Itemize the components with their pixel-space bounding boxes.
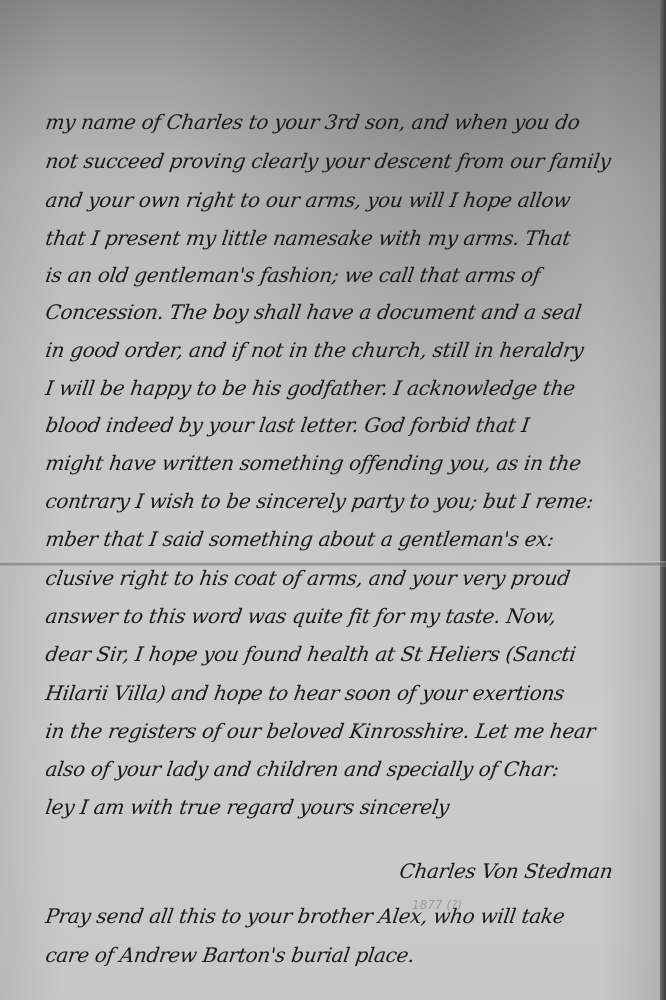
letter-line-6: Concession. The boy shall have a documen… [44,300,583,324]
signature: Charles Von Stedman [398,859,614,883]
letter-line-19: ley I am with true regard yours sincerel… [44,795,451,819]
letter-page: my name of Charles to your 3rd son, and … [0,0,666,1000]
letter-line-12: mber that I said something about a gentl… [44,527,555,551]
letter-line-14: answer to this word was quite fit for my… [44,604,558,628]
postscript-line-1: Pray send all this to your brother Alex,… [44,904,566,928]
letter-line-18: also of your lady and children and speci… [44,757,560,781]
postscript-line-2: care of Andrew Barton's burial place. [44,943,416,967]
letter-line-1: my name of Charles to your 3rd son, and … [44,110,581,134]
letter-line-13: clusive right to his coat of arms, and y… [44,566,572,590]
letter-line-17: in the registers of our beloved Kinrossh… [44,719,597,743]
page-edge [660,0,666,1000]
letter-line-4: that I present my little namesake with m… [44,226,572,250]
letter-line-11: contrary I wish to be sincerely party to… [44,489,595,513]
letter-line-3: and your own right to our arms, you will… [44,188,572,212]
letter-line-7: in good order, and if not in the church,… [44,338,585,362]
letter-line-8: I will be happy to be his godfather. I a… [44,376,577,400]
letter-line-9: blood indeed by your last letter. God fo… [44,413,531,437]
letter-line-5: is an old gentleman's fashion; we call t… [44,263,542,287]
letter-line-15: dear Sir, I hope you found health at St … [44,642,577,666]
letter-line-16: Hilarii Villa) and hope to hear soon of … [44,681,566,705]
letter-line-2: not succeed proving clearly your descent… [44,149,612,173]
letter-line-10: might have written something offending y… [44,451,583,475]
